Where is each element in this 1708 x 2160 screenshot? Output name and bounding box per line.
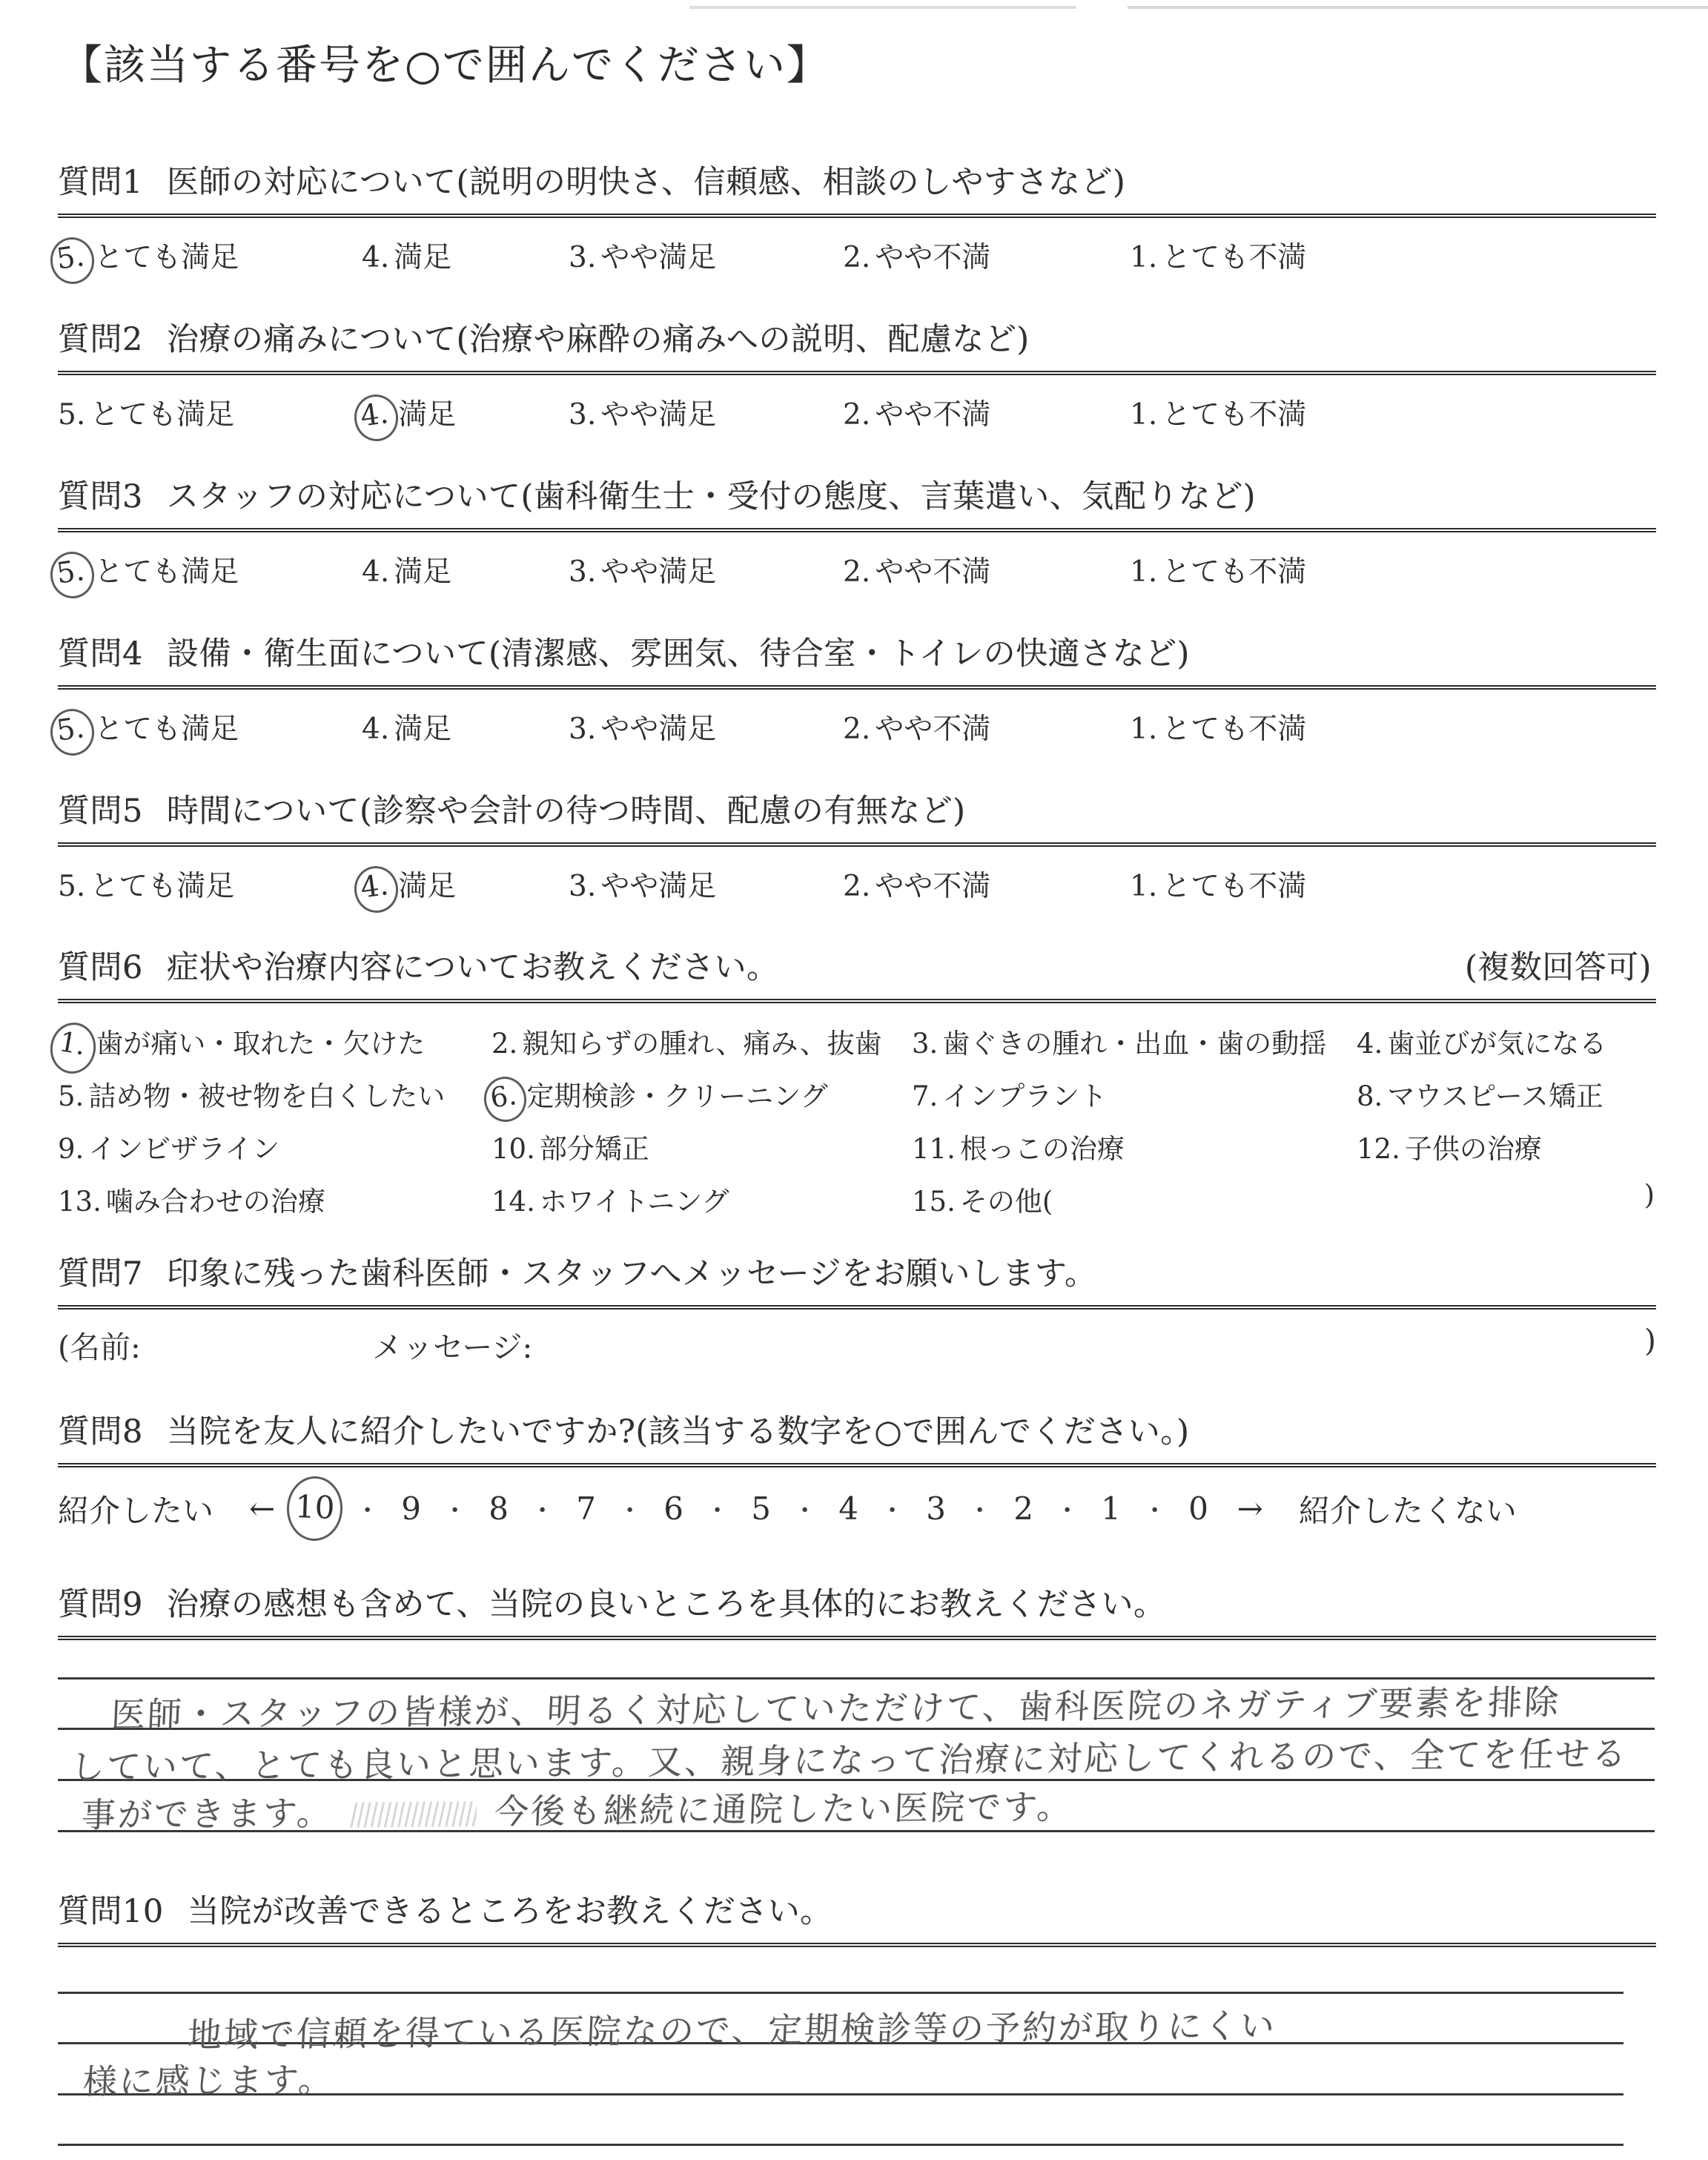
divider-line — [58, 842, 1656, 847]
option-label: とても満足 — [94, 555, 239, 589]
option-2-somewhat-dissatisfied[interactable]: 2.やや不満 — [843, 234, 990, 276]
question-2-title: 治療の痛みについて(治療や麻酔の痛みへの説明、配慮など) — [167, 321, 1030, 358]
option-number[interactable]: 8. — [1357, 1080, 1383, 1112]
question-5: 質問5時間について(診察や会計の待つ時間、配慮の有無など) 5.とても満足 4.… — [58, 790, 1656, 909]
question-4-number: 質問4 — [58, 633, 143, 675]
divider-line — [58, 1943, 1656, 1947]
question-3: 質問3スタッフの対応について(歯科衛生士・受付の態度、言葉遣い、気配りなど) 5… — [58, 476, 1656, 595]
option-label: とても満足 — [90, 398, 234, 432]
question-2-number: 質問2 — [58, 319, 143, 360]
option-4-satisfied[interactable]: 4.満足 — [362, 234, 451, 276]
crossed-out-scribble — [350, 1801, 477, 1827]
option-label: とても不満 — [1162, 870, 1306, 903]
divider-line — [58, 1636, 1656, 1640]
option-2-somewhat-dissatisfied[interactable]: 2.やや不満 — [843, 392, 990, 433]
option-1-very-dissatisfied[interactable]: 1.とても不満 — [1130, 549, 1306, 590]
item-label: 定期検診・クリーニング — [526, 1080, 827, 1112]
option-1-very-dissatisfied[interactable]: 1.とても不満 — [1130, 234, 1306, 276]
option-number[interactable]: 2. — [491, 1028, 517, 1060]
option-number[interactable]: 12. — [1357, 1133, 1400, 1165]
option-label: やや不満 — [875, 870, 990, 903]
option-5-very-satisfied[interactable]: 5.とても満足 — [58, 863, 234, 905]
divider-line — [58, 685, 1656, 690]
scale-number-4[interactable]: 4 — [830, 1490, 868, 1527]
question-8: 質問8当院を友人に紹介したいですか?(該当する数字を○で囲んでください。) 紹介… — [58, 1411, 1656, 1533]
symptom-row-2: 5.詰め物・被せ物を白くしたい 6.定期検診・クリーニング 7.インプラント 8… — [58, 1074, 1656, 1126]
option-5-very-satisfied[interactable]: 5.とても満足 — [58, 234, 239, 277]
option-number[interactable]: 5. — [58, 398, 85, 432]
scale-number-0[interactable]: 0 — [1179, 1490, 1218, 1527]
option-number[interactable]: 3. — [569, 713, 596, 746]
option-label: とても不満 — [1162, 713, 1306, 746]
question-10-number: 質問10 — [58, 1891, 164, 1932]
survey-form-scan: 【該当する番号を○で囲んでください】 質問1医師の対応について(説明の明快さ、信… — [0, 0, 1708, 2160]
divider-line — [58, 214, 1656, 218]
other-close-paren: ) — [1644, 1179, 1655, 1211]
question-2-options: 5.とても満足 4.満足 3.やや満足 2.やや不満 1.とても不満 — [58, 392, 1656, 437]
question-4: 質問4設備・衛生面について(清潔感、雰囲気、待合室・トイレの快適さなど) 5.と… — [58, 633, 1656, 752]
handwritten-text: 今後も継続に通院したい医院です。 — [494, 1786, 1074, 1832]
symptom-item-14[interactable]: 14.ホワイトニング — [491, 1179, 729, 1219]
option-number[interactable]: 5. — [58, 1080, 84, 1112]
option-3-somewhat-satisfied[interactable]: 3.やや満足 — [569, 863, 716, 905]
option-label: やや不満 — [875, 555, 990, 589]
option-label: とても満足 — [94, 713, 239, 746]
option-label: 満足 — [394, 555, 451, 589]
option-3-somewhat-satisfied[interactable]: 3.やや満足 — [569, 549, 716, 590]
option-number[interactable]: 4. — [362, 555, 389, 589]
option-2-somewhat-dissatisfied[interactable]: 2.やや不満 — [843, 706, 990, 747]
option-3-somewhat-satisfied[interactable]: 3.やや満足 — [569, 392, 716, 433]
symptom-item-1[interactable]: 1.歯が痛い・取れた・欠けた — [58, 1021, 425, 1066]
option-number[interactable]: 1. — [1130, 241, 1157, 274]
question-7-number: 質問7 — [58, 1253, 143, 1295]
question-9-header: 質問9治療の感想も含めて、当院の良いところを具体的にお教えください。 — [58, 1584, 1656, 1625]
item-label: 噛み合わせの治療 — [106, 1186, 325, 1218]
option-number-circled[interactable]: 4. — [351, 863, 401, 916]
option-number[interactable]: 1. — [1130, 713, 1157, 746]
option-number[interactable]: 1. — [1130, 870, 1157, 903]
symptom-item-3[interactable]: 3.歯ぐきの腫れ・出血・歯の動揺 — [912, 1021, 1326, 1061]
question-5-number: 質問5 — [58, 790, 143, 832]
question-5-options: 5.とても満足 4.満足 3.やや満足 2.やや不満 1.とても不満 — [58, 863, 1656, 909]
symptom-item-10[interactable]: 10.部分矯正 — [491, 1126, 649, 1166]
answer-ruled-line[interactable] — [58, 2144, 1623, 2146]
name-message-row[interactable]: (名前: メッセージ: ) — [58, 1323, 1656, 1364]
question-9-number: 質問9 — [58, 1584, 143, 1625]
scale-number-1[interactable]: 1 — [1092, 1490, 1131, 1527]
option-number-circled[interactable]: 1. — [46, 1019, 99, 1077]
scale-number-8[interactable]: 8 — [480, 1490, 518, 1527]
option-label: 満足 — [398, 870, 456, 903]
option-label: とても不満 — [1162, 555, 1306, 589]
option-number[interactable]: 3. — [912, 1028, 938, 1060]
question-8-title: 当院を友人に紹介したいですか?(該当する数字を○で囲んでください。) — [167, 1413, 1190, 1450]
multiple-answers-note: (複数回答可) — [1465, 947, 1652, 988]
option-label: とても満足 — [90, 870, 234, 903]
option-number[interactable]: 3. — [569, 241, 596, 274]
option-4-satisfied[interactable]: 4.満足 — [362, 863, 456, 905]
scale-number-9[interactable]: 9 — [392, 1490, 431, 1527]
option-number-circled[interactable]: 5. — [47, 234, 97, 287]
handwritten-text: 事ができます。 — [81, 1793, 334, 1835]
question-5-title: 時間について(診察や会計の待つ時間、配慮の有無など) — [167, 793, 966, 830]
form-title: 【該当する番号を○で囲んでください】 — [61, 33, 830, 92]
option-number-circled[interactable]: 5. — [47, 549, 97, 601]
item-label: 歯並びが気になる — [1387, 1028, 1606, 1060]
option-number[interactable]: 4. — [362, 241, 389, 274]
scale-separator: ・ — [343, 1490, 392, 1527]
symptom-item-13[interactable]: 13.噛み合わせの治療 — [58, 1179, 325, 1219]
option-label: やや満足 — [600, 713, 716, 746]
question-5-header: 質問5時間について(診察や会計の待つ時間、配慮の有無など) — [58, 790, 1656, 832]
question-4-header: 質問4設備・衛生面について(清潔感、雰囲気、待合室・トイレの快適さなど) — [58, 633, 1656, 675]
scale-number-6[interactable]: 6 — [655, 1490, 693, 1527]
question-1-options: 5.とても満足 4.満足 3.やや満足 2.やや不満 1.とても不満 — [58, 234, 1656, 280]
divider-line — [58, 1305, 1656, 1309]
item-label: 詰め物・被せ物を白くしたい — [88, 1080, 445, 1112]
scale-separator: ・ — [781, 1490, 830, 1527]
question-1-number: 質問1 — [58, 162, 143, 203]
option-number[interactable]: 4. — [1357, 1028, 1383, 1060]
question-7: 質問7印象に残った歯科医師・スタッフへメッセージをお願いします。 (名前: メッ… — [58, 1253, 1656, 1364]
question-6-title: 症状や治療内容についてお教えください。 — [167, 949, 779, 986]
option-number[interactable]: 3. — [569, 398, 596, 432]
item-label: 根っこの治療 — [960, 1133, 1125, 1165]
scale-number-7[interactable]: 7 — [567, 1490, 606, 1527]
divider-line — [58, 999, 1656, 1003]
question-4-title: 設備・衛生面について(清潔感、雰囲気、待合室・トイレの快適さなど) — [167, 635, 1190, 673]
item-label: 親知らずの腫れ、痛み、抜歯 — [522, 1028, 881, 1060]
option-number-circled[interactable]: 6. — [481, 1074, 529, 1124]
handwritten-answer-line: 事ができます。今後も継続に通院したい医院です。 — [81, 1780, 1074, 1837]
option-label: やや満足 — [600, 555, 716, 589]
option-number[interactable]: 4. — [362, 713, 389, 746]
option-number[interactable]: 5. — [58, 870, 85, 903]
option-label: 満足 — [394, 241, 451, 274]
option-number[interactable]: 7. — [912, 1080, 938, 1112]
question-7-header: 質問7印象に残った歯科医師・スタッフへメッセージをお願いします。 — [58, 1253, 1656, 1295]
question-3-header: 質問3スタッフの対応について(歯科衛生士・受付の態度、言葉遣い、気配りなど) — [58, 476, 1656, 518]
option-number[interactable]: 14. — [491, 1186, 535, 1218]
option-number[interactable]: 10. — [491, 1133, 535, 1165]
symptom-row-1: 1.歯が痛い・取れた・欠けた 2.親知らずの腫れ、痛み、抜歯 3.歯ぐきの腫れ・… — [58, 1021, 1656, 1074]
option-number[interactable]: 2. — [843, 713, 870, 746]
item-label: 歯が痛い・取れた・欠けた — [96, 1028, 425, 1060]
option-number[interactable]: 9. — [58, 1133, 84, 1165]
option-4-satisfied[interactable]: 4.満足 — [362, 392, 456, 434]
question-3-number: 質問3 — [58, 476, 143, 518]
question-10-header: 質問10当院が改善できるところをお教えください。 — [58, 1891, 1656, 1932]
item-label: その他( — [960, 1186, 1053, 1218]
close-paren: ) — [1644, 1323, 1656, 1358]
scale-separator: ・ — [868, 1490, 917, 1527]
option-label: やや満足 — [600, 241, 716, 274]
symptom-item-6[interactable]: 6.定期検診・クリーニング — [491, 1074, 828, 1114]
scale-separator: ・ — [693, 1490, 742, 1527]
question-1: 質問1医師の対応について(説明の明快さ、信頼感、相談のしやすさなど) 5.とても… — [58, 162, 1656, 280]
nps-scale: 紹介したい ← 10 ・ 9 ・ 8 ・ 7 ・ 6 ・ 5 ・ 4 ・ 3 ・… — [58, 1484, 1656, 1533]
symptom-item-15[interactable]: 15.その他( — [912, 1179, 1053, 1219]
question-6-header: 質問6症状や治療内容についてお教えください。 (複数回答可) — [58, 947, 1656, 988]
message-field-label: メッセージ: — [372, 1323, 532, 1367]
scale-left-label: 紹介したい — [58, 1487, 213, 1531]
question-4-options: 5.とても満足 4.満足 3.やや満足 2.やや不満 1.とても不満 — [58, 706, 1656, 752]
symptom-item-8[interactable]: 8.マウスピース矯正 — [1357, 1074, 1603, 1114]
question-1-header: 質問1医師の対応について(説明の明快さ、信頼感、相談のしやすさなど) — [58, 162, 1656, 203]
symptom-item-12[interactable]: 12.子供の治療 — [1357, 1126, 1542, 1166]
question-10-title: 当院が改善できるところをお教えください。 — [188, 1893, 833, 1930]
item-label: 部分矯正 — [540, 1133, 649, 1165]
option-number[interactable]: 11. — [912, 1133, 956, 1165]
option-number[interactable]: 2. — [843, 870, 870, 903]
left-arrow-icon: ← — [249, 1490, 275, 1527]
item-label: ホワイトニング — [540, 1186, 729, 1218]
question-7-title: 印象に残った歯科医師・スタッフへメッセージをお願いします。 — [167, 1255, 1097, 1292]
option-label: 満足 — [398, 398, 456, 432]
scan-artifact — [689, 6, 1708, 9]
scale-separator: ・ — [956, 1490, 1004, 1527]
item-label: 子供の治療 — [1405, 1133, 1542, 1165]
option-3-somewhat-satisfied[interactable]: 3.やや満足 — [569, 234, 716, 276]
scale-separator: ・ — [606, 1490, 655, 1527]
question-8-header: 質問8当院を友人に紹介したいですか?(該当する数字を○で囲んでください。) — [58, 1411, 1656, 1453]
symptom-item-4[interactable]: 4.歯並びが気になる — [1357, 1021, 1606, 1061]
right-arrow-icon: → — [1237, 1490, 1263, 1527]
option-number[interactable]: 2. — [843, 241, 870, 274]
scale-right-label: 紹介したくない — [1299, 1487, 1517, 1531]
symptom-item-2[interactable]: 2.親知らずの腫れ、痛み、抜歯 — [491, 1021, 882, 1061]
option-label: 満足 — [394, 713, 451, 746]
symptom-item-5[interactable]: 5.詰め物・被せ物を白くしたい — [58, 1074, 445, 1114]
scale-number-5[interactable]: 5 — [742, 1490, 781, 1527]
answer-ruled-line[interactable] — [58, 1992, 1623, 1994]
divider-line — [58, 528, 1656, 532]
question-9: 質問9治療の感想も含めて、当院の良いところを具体的にお教えください。 医師・スタ… — [58, 1584, 1656, 1895]
symptom-row-3: 9.インビザライン 10.部分矯正 11.根っこの治療 12.子供の治療 — [58, 1126, 1656, 1179]
option-number[interactable]: 2. — [843, 555, 870, 589]
option-number-circled[interactable]: 4. — [351, 392, 401, 444]
item-label: 歯ぐきの腫れ・出血・歯の動揺 — [942, 1028, 1326, 1060]
symptom-row-4: 13.噛み合わせの治療 14.ホワイトニング 15.その他( ) — [58, 1179, 1656, 1232]
question-3-title: スタッフの対応について(歯科衛生士・受付の態度、言葉遣い、気配りなど) — [167, 478, 1256, 515]
option-number-circled[interactable]: 5. — [47, 706, 97, 759]
option-2-somewhat-dissatisfied[interactable]: 2.やや不満 — [843, 863, 990, 905]
option-4-satisfied[interactable]: 4.満足 — [362, 706, 451, 747]
question-1-title: 医師の対応について(説明の明快さ、信頼感、相談のしやすさなど) — [167, 164, 1125, 201]
symptom-item-11[interactable]: 11.根っこの治療 — [912, 1126, 1125, 1166]
option-1-very-dissatisfied[interactable]: 1.とても不満 — [1130, 706, 1306, 747]
option-2-somewhat-dissatisfied[interactable]: 2.やや不満 — [843, 549, 990, 590]
symptom-item-7[interactable]: 7.インプラント — [912, 1074, 1107, 1114]
item-label: インビザライン — [88, 1133, 279, 1165]
option-number[interactable]: 1. — [1130, 398, 1157, 432]
item-label: インプラント — [942, 1080, 1107, 1112]
question-6-number: 質問6 — [58, 947, 143, 988]
handwritten-answer-line: 地域で信頼を得ている医院なので、定期検診等の予約が取りにくい — [187, 1999, 1278, 2058]
name-field-label: (名前: — [58, 1323, 141, 1367]
divider-line — [58, 1463, 1656, 1467]
question-10: 質問10当院が改善できるところをお教えください。 地域で信頼を得ている医院なので… — [58, 1891, 1656, 2158]
option-number[interactable]: 13. — [58, 1186, 102, 1218]
question-8-number: 質問8 — [58, 1411, 143, 1453]
option-label: やや不満 — [875, 713, 990, 746]
option-number[interactable]: 3. — [569, 870, 596, 903]
option-label: やや満足 — [600, 398, 716, 432]
question-2-header: 質問2治療の痛みについて(治療や麻酔の痛みへの説明、配慮など) — [58, 319, 1656, 360]
option-5-very-satisfied[interactable]: 5.とても満足 — [58, 392, 234, 433]
option-number[interactable]: 3. — [569, 555, 596, 589]
question-9-title: 治療の感想も含めて、当院の良いところを具体的にお教えください。 — [167, 1586, 1166, 1623]
option-number[interactable]: 15. — [912, 1186, 956, 1218]
divider-line — [58, 371, 1656, 375]
scale-separator: ・ — [431, 1490, 480, 1527]
option-number[interactable]: 2. — [843, 398, 870, 432]
scale-number-10-circled[interactable]: 10 — [286, 1476, 344, 1542]
scale-separator: ・ — [1131, 1490, 1179, 1527]
option-label: とても満足 — [94, 241, 239, 274]
option-5-very-satisfied[interactable]: 5.とても満足 — [58, 549, 239, 591]
option-1-very-dissatisfied[interactable]: 1.とても不満 — [1130, 863, 1306, 905]
option-label: とても不満 — [1162, 398, 1306, 432]
question-3-options: 5.とても満足 4.満足 3.やや満足 2.やや不満 1.とても不満 — [58, 549, 1656, 595]
option-3-somewhat-satisfied[interactable]: 3.やや満足 — [569, 706, 716, 747]
scale-separator: ・ — [1043, 1490, 1092, 1527]
option-4-satisfied[interactable]: 4.満足 — [362, 549, 451, 590]
option-5-very-satisfied[interactable]: 5.とても満足 — [58, 706, 239, 748]
option-1-very-dissatisfied[interactable]: 1.とても不満 — [1130, 392, 1306, 433]
handwritten-answer-line: 様に感じます。 — [82, 2053, 336, 2104]
scale-separator: ・ — [518, 1490, 567, 1527]
option-label: とても不満 — [1162, 241, 1306, 274]
option-label: やや不満 — [875, 241, 990, 274]
option-number[interactable]: 1. — [1130, 555, 1157, 589]
scale-number-3[interactable]: 3 — [917, 1490, 956, 1527]
symptom-item-9[interactable]: 9.インビザライン — [58, 1126, 279, 1166]
item-label: マウスピース矯正 — [1387, 1080, 1603, 1112]
option-label: やや満足 — [600, 870, 716, 903]
scale-number-2[interactable]: 2 — [1004, 1490, 1043, 1527]
question-6: 質問6症状や治療内容についてお教えください。 (複数回答可) 1.歯が痛い・取れ… — [58, 947, 1656, 1232]
option-label: やや不満 — [875, 398, 990, 432]
question-2: 質問2治療の痛みについて(治療や麻酔の痛みへの説明、配慮など) 5.とても満足 … — [58, 319, 1656, 437]
